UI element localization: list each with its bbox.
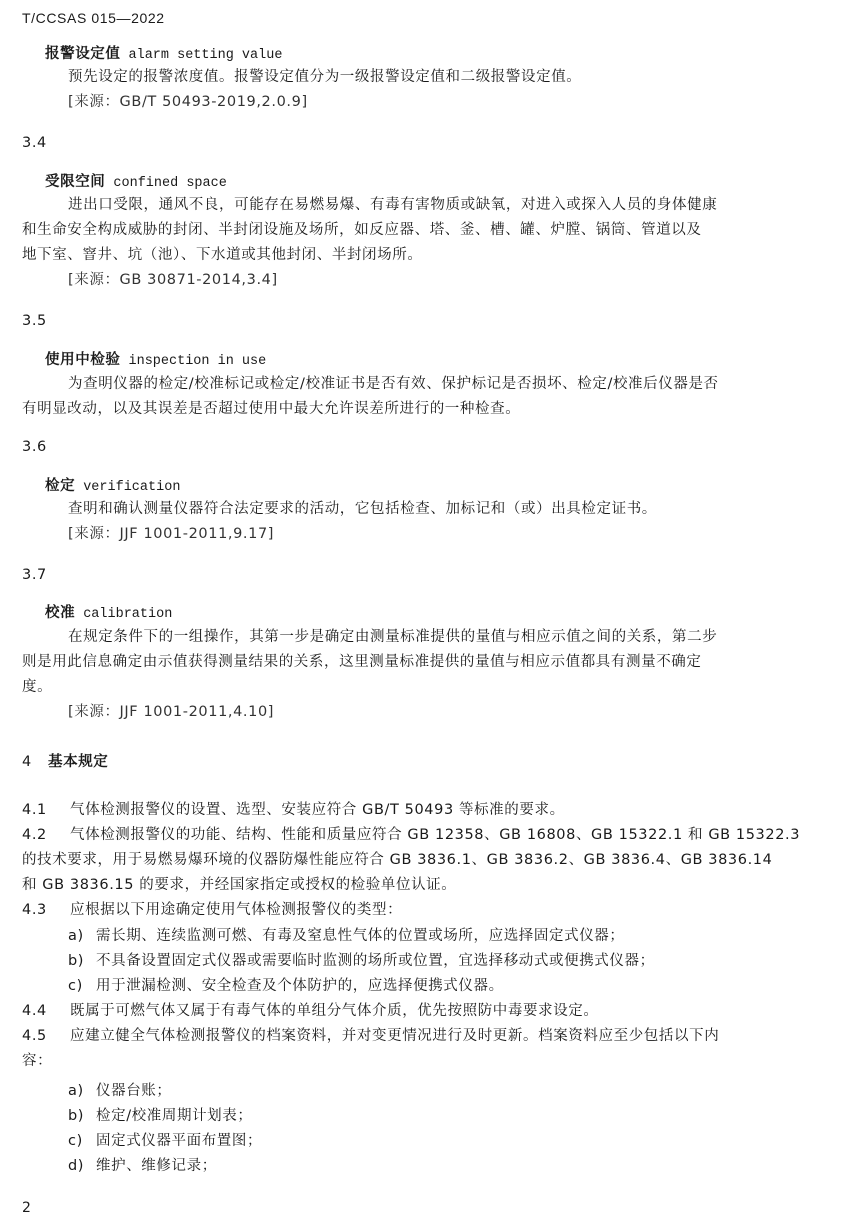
list-label: c) [68, 976, 96, 996]
term-definition-line: 则是用此信息确定由示值获得测量结果的关系，这里测量标准提供的量值与相应示值都具有… [22, 652, 702, 672]
term-number: 3.4 [22, 133, 47, 153]
term-source: [来源：GB/T 50493-2019,2.0.9] [68, 92, 308, 112]
clause-number: 4.5 [22, 1026, 70, 1046]
term-source: [来源：JJF 1001-2011,4.10] [68, 702, 274, 722]
term-cn: 受限空间 [45, 174, 105, 190]
term-heading: 报警设定值alarm setting value [45, 44, 282, 66]
list-text: 固定式仪器平面布置图； [96, 1133, 262, 1149]
term-definition-line: 地下室、窨井、坑（池）、下水道或其他封闭、半封闭场所。 [22, 245, 422, 265]
clause-text-line: 的技术要求，用于易燃易爆环境的仪器防爆性能应符合 GB 3836.1、GB 38… [22, 850, 772, 870]
term-en: alarm setting value [129, 48, 283, 63]
term-definition-line: 在规定条件下的一组操作，其第一步是确定由测量标准提供的量值与相应示值之间的关系，… [68, 627, 717, 647]
clause-text: 应建立健全气体检测报警仪的档案资料，并对变更情况进行及时更新。档案资料应至少包括… [70, 1028, 719, 1044]
list-text: 不具备设置固定式仪器或需要临时监测的场所或位置，宜选择移动式或便携式仪器； [96, 953, 655, 969]
term-definition-line: 度。 [22, 677, 52, 697]
list-label: d) [68, 1156, 96, 1176]
document-id-header: T/CCSAS 015—2022 [22, 8, 165, 28]
clause-text-line: 和 GB 3836.15 的要求，并经国家指定或授权的检验单位认证。 [22, 875, 456, 895]
clause-number: 4.3 [22, 900, 70, 920]
term-cn: 检定 [45, 478, 75, 494]
list-label: a) [68, 1081, 96, 1101]
clause-text: 既属于可燃气体又属于有毒气体的单组分气体介质，优先按照防中毒要求设定。 [70, 1003, 599, 1019]
clause-4-3: 4.3应根据以下用途确定使用气体检测报警仪的类型： [22, 900, 402, 920]
list-item: c)固定式仪器平面布置图； [68, 1131, 262, 1151]
term-en: confined space [113, 176, 226, 191]
list-item: d)维护、维修记录； [68, 1156, 217, 1176]
term-en: verification [83, 480, 180, 495]
term-definition-line: 查明和确认测量仪器符合法定要求的活动，它包括检查、加标记和（或）出具检定证书。 [68, 499, 657, 519]
list-label: b) [68, 1106, 96, 1126]
clause-4-2: 4.2气体检测报警仪的功能、结构、性能和质量应符合 GB 12358、GB 16… [22, 825, 800, 845]
term-cn: 使用中检验 [45, 352, 121, 368]
clause-4-1: 4.1气体检测报警仪的设置、选型、安装应符合 GB/T 50493 等标准的要求… [22, 800, 565, 820]
list-item: c)用于泄漏检测、安全检查及个体防护的，应选择便携式仪器。 [68, 976, 504, 996]
term-en: calibration [83, 607, 172, 622]
term-definition-line: 为查明仪器的检定/校准标记或检定/校准证书是否有效、保护标记是否损坏、检定/校准… [68, 374, 719, 394]
list-item: a)需长期、连续监测可燃、有毒及窒息性气体的位置或场所，应选择固定式仪器； [68, 926, 625, 946]
section-number: 4 [22, 752, 48, 772]
term-number: 3.6 [22, 437, 47, 457]
term-number: 3.5 [22, 311, 47, 331]
list-text: 需长期、连续监测可燃、有毒及窒息性气体的位置或场所，应选择固定式仪器； [96, 928, 625, 944]
term-cn: 校准 [45, 605, 75, 621]
term-cn: 报警设定值 [45, 46, 121, 62]
list-item: b)检定/校准周期计划表； [68, 1106, 252, 1126]
clause-number: 4.1 [22, 800, 70, 820]
clause-text: 气体检测报警仪的设置、选型、安装应符合 GB/T 50493 等标准的要求。 [70, 802, 565, 818]
list-text: 检定/校准周期计划表； [96, 1108, 252, 1124]
list-label: c) [68, 1131, 96, 1151]
section-heading: 4基本规定 [22, 752, 108, 772]
clause-text: 气体检测报警仪的功能、结构、性能和质量应符合 GB 12358、GB 16808… [70, 827, 800, 843]
clause-4-5: 4.5应建立健全气体检测报警仪的档案资料，并对变更情况进行及时更新。档案资料应至… [22, 1026, 719, 1046]
term-source: [来源：JJF 1001-2011,9.17] [68, 524, 274, 544]
term-definition: 预先设定的报警浓度值。报警设定值分为一级报警设定值和二级报警设定值。 [68, 67, 581, 87]
section-title: 基本规定 [48, 754, 108, 770]
clause-text-line: 容： [22, 1051, 52, 1071]
clause-text: 应根据以下用途确定使用气体检测报警仪的类型： [70, 902, 402, 918]
list-label: b) [68, 951, 96, 971]
clause-number: 4.4 [22, 1001, 70, 1021]
term-heading: 使用中检验inspection in use [45, 350, 266, 372]
list-label: a) [68, 926, 96, 946]
list-text: 维护、维修记录； [96, 1158, 217, 1174]
page-number: 2 [22, 1198, 32, 1218]
term-number: 3.7 [22, 565, 47, 585]
list-item: a)仪器台账； [68, 1081, 172, 1101]
clause-4-4: 4.4既属于可燃气体又属于有毒气体的单组分气体介质，优先按照防中毒要求设定。 [22, 1001, 599, 1021]
term-definition-line: 和生命安全构成威胁的封闭、半封闭设施及场所，如反应器、塔、釜、槽、罐、炉膛、锅筒… [22, 220, 702, 240]
list-text: 仪器台账； [96, 1083, 172, 1099]
term-definition-line: 有明显改动，以及其误差是否超过使用中最大允许误差所进行的一种检查。 [22, 399, 520, 419]
list-item: b)不具备设置固定式仪器或需要临时监测的场所或位置，宜选择移动式或便携式仪器； [68, 951, 655, 971]
clause-number: 4.2 [22, 825, 70, 845]
term-source: [来源：GB 30871-2014,3.4] [68, 270, 278, 290]
term-heading: 受限空间confined space [45, 172, 227, 194]
term-definition-line: 进出口受限，通风不良，可能存在易燃易爆、有毒有害物质或缺氧，对进入或探入人员的身… [68, 195, 717, 215]
list-text: 用于泄漏检测、安全检查及个体防护的，应选择便携式仪器。 [96, 978, 504, 994]
term-heading: 检定verification [45, 476, 180, 498]
term-heading: 校准calibration [45, 603, 172, 625]
term-en: inspection in use [129, 354, 267, 369]
